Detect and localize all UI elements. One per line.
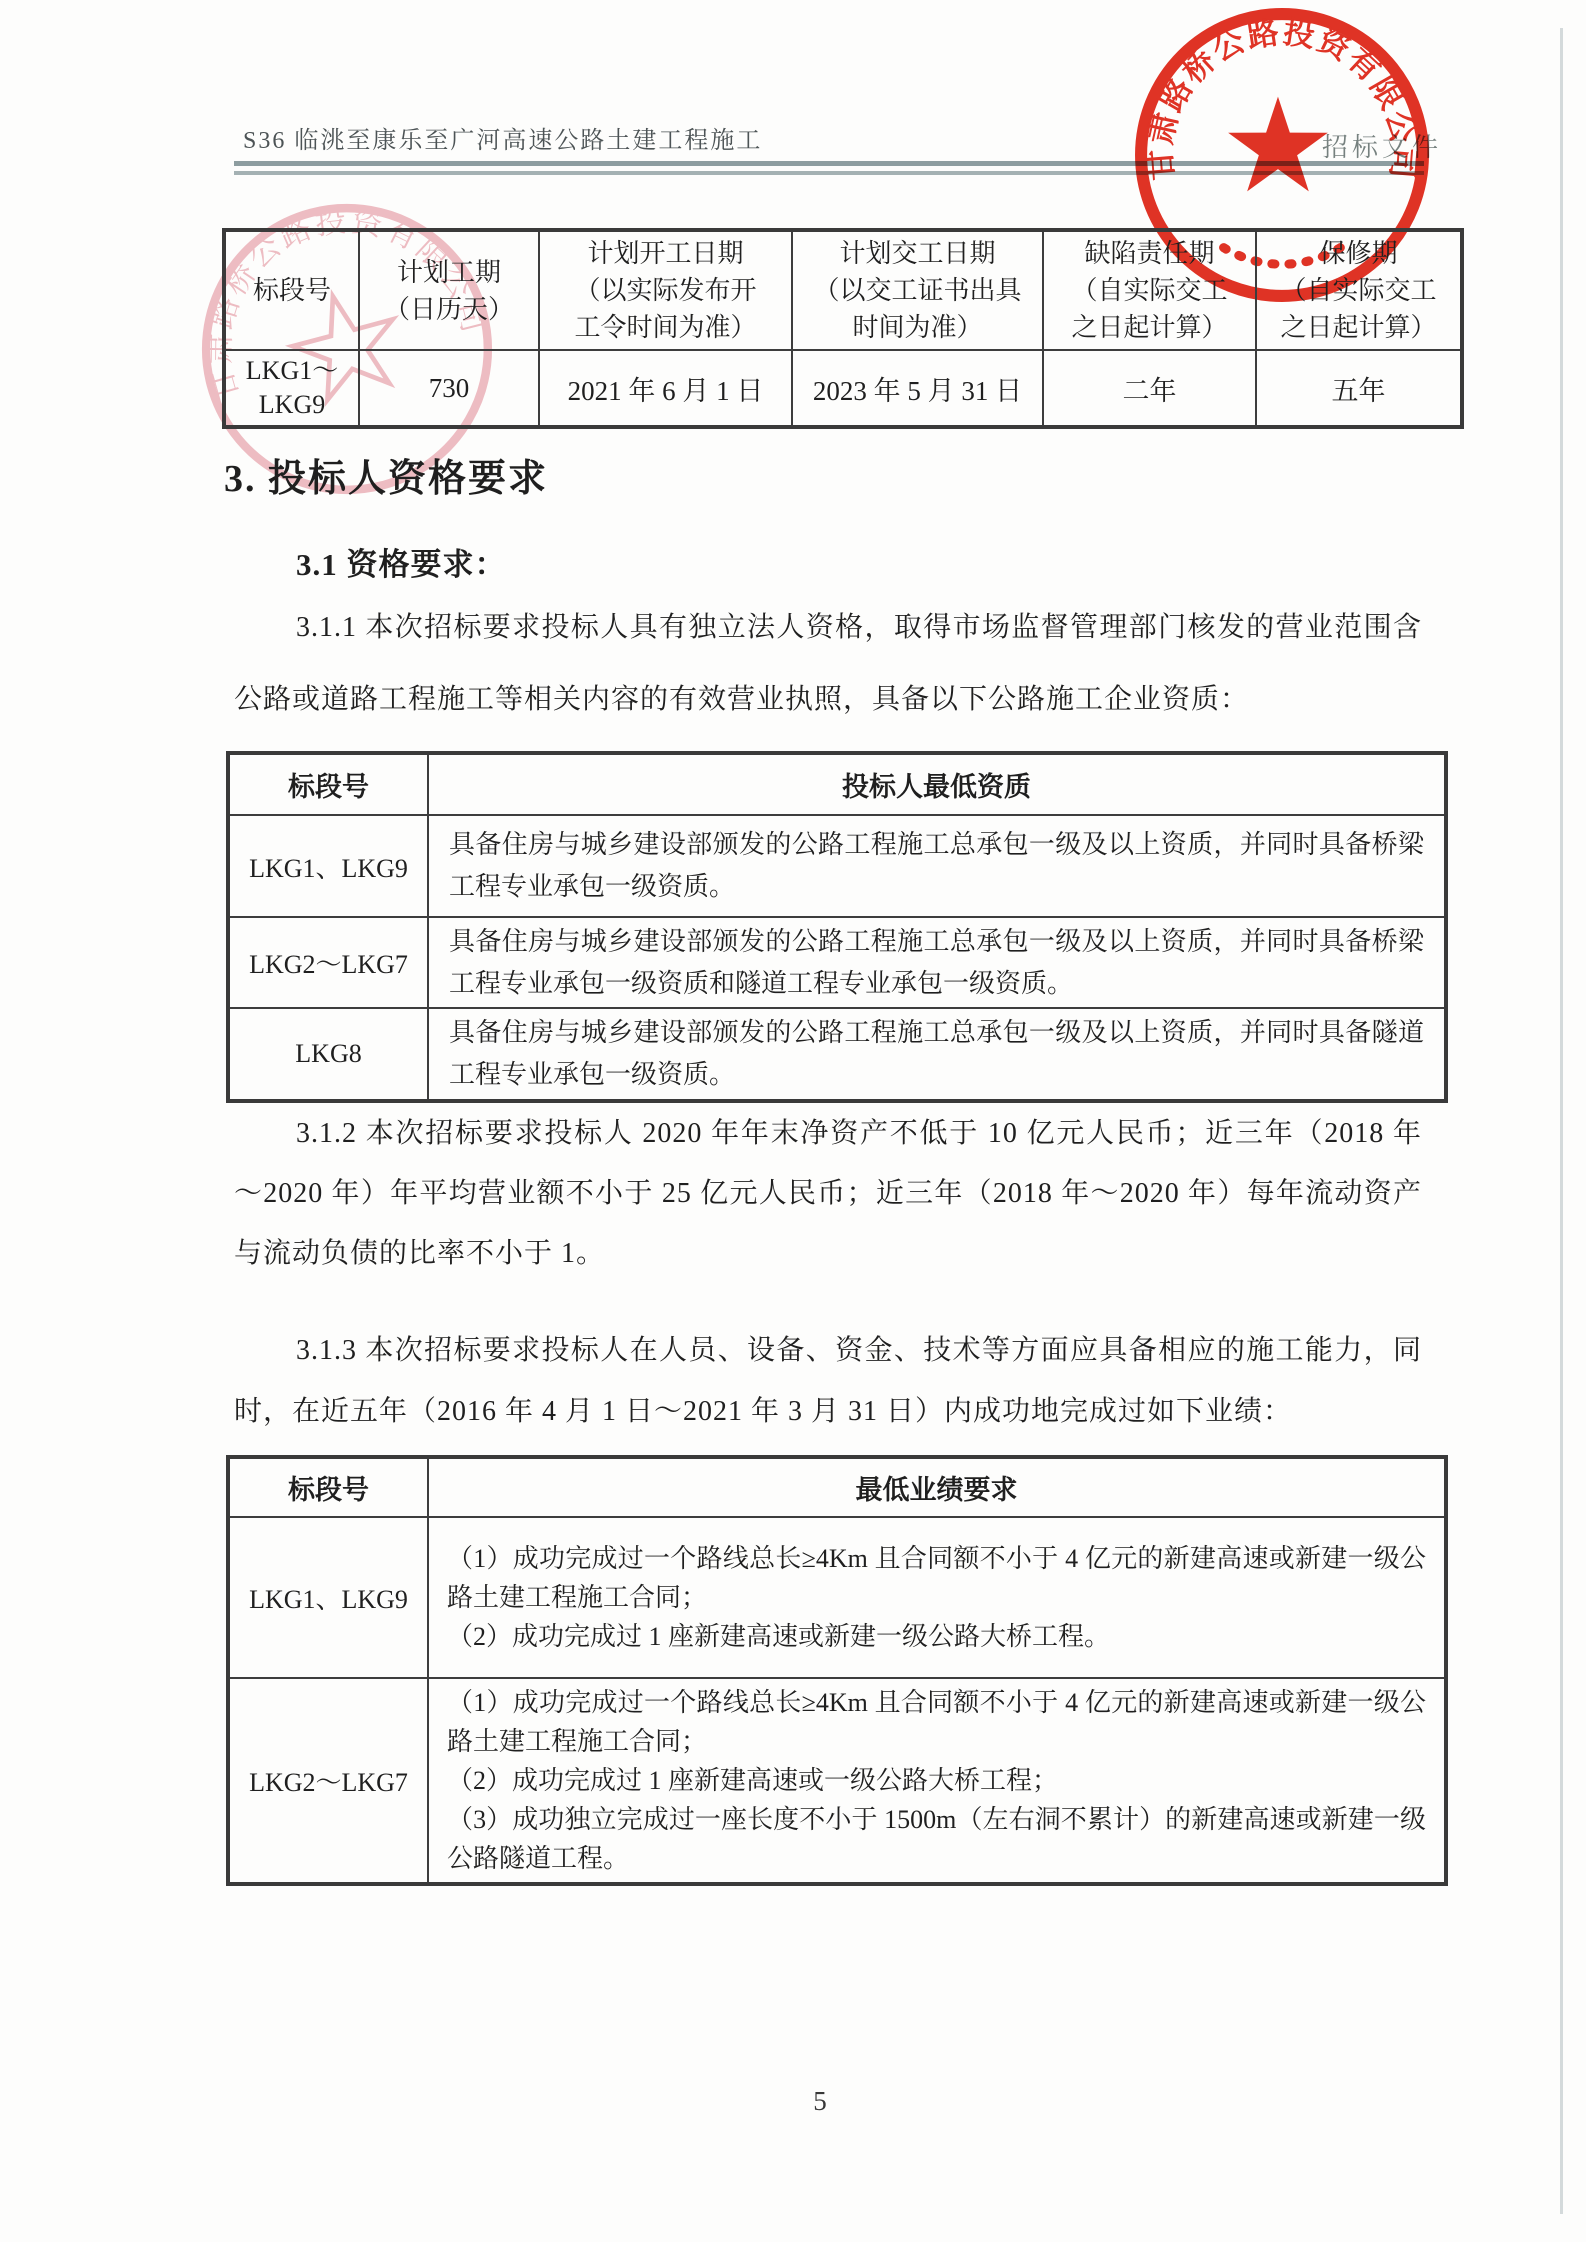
col-header-min-performance: 最低业绩要求 bbox=[428, 1457, 1446, 1517]
cell-requirement: 具备住房与城乡建设部颁发的公路工程施工总承包一级及以上资质，并同时具备桥梁工程专… bbox=[428, 815, 1446, 917]
performance-table: 标段号 最低业绩要求 LKG1、LKG9 （1）成功完成过一个路线总长≥4Km … bbox=[226, 1455, 1448, 1886]
col-header-section: 标段号 bbox=[228, 1457, 428, 1517]
cell-section: LKG8 bbox=[228, 1008, 428, 1101]
document-page: S36 临洮至康乐至广河高速公路土建工程施工 招标文件 甘肃路桥公路投资有限公司… bbox=[0, 0, 1586, 2242]
table-row: LKG1、LKG9 （1）成功完成过一个路线总长≥4Km 且合同额不小于 4 亿… bbox=[228, 1517, 1446, 1678]
col-header-section: 标段号 bbox=[228, 753, 428, 815]
col-header-start-date: 计划开工日期 （以实际发布开 工令时间为准） bbox=[539, 230, 792, 350]
col-header-section: 标段号 bbox=[224, 230, 359, 350]
cell-section: LKG2～LKG7 bbox=[228, 1678, 428, 1884]
table-row: LKG1～ LKG9 730 2021 年 6 月 1 日 2023 年 5 月… bbox=[224, 350, 1462, 427]
col-header-defect-period: 缺陷责任期 （自实际交工 之日起计算） bbox=[1043, 230, 1256, 350]
col-header-min-qualification: 投标人最低资质 bbox=[428, 753, 1446, 815]
cell-requirement: 具备住房与城乡建设部颁发的公路工程施工总承包一级及以上资质，并同时具备桥梁工程专… bbox=[428, 917, 1446, 1008]
scan-edge-line bbox=[1560, 28, 1563, 2214]
cell-requirement: （1）成功完成过一个路线总长≥4Km 且合同额不小于 4 亿元的新建高速或新建一… bbox=[428, 1678, 1446, 1884]
cell-section: LKG1～ LKG9 bbox=[224, 350, 359, 427]
page-number: 5 bbox=[788, 2086, 852, 2117]
paragraph-3-1-2: 3.1.2 本次招标要求投标人 2020 年年末净资产不低于 10 亿元人民币；… bbox=[234, 1104, 1422, 1284]
schedule-table: 标段号 计划工期 （日历天） 计划开工日期 （以实际发布开 工令时间为准） 计划… bbox=[222, 228, 1464, 429]
col-header-warranty: 保修期 （自实际交工 之日起计算） bbox=[1256, 230, 1462, 350]
document-header-title: S36 临洮至康乐至广河高速公路土建工程施工 bbox=[243, 120, 762, 155]
performance-header-row: 标段号 最低业绩要求 bbox=[228, 1457, 1446, 1517]
cell-requirement: 具备住房与城乡建设部颁发的公路工程施工总承包一级及以上资质，并同时具备隧道工程专… bbox=[428, 1008, 1446, 1101]
cell-warranty: 五年 bbox=[1256, 350, 1462, 427]
qualification-table: 标段号 投标人最低资质 LKG1、LKG9 具备住房与城乡建设部颁发的公路工程施… bbox=[226, 751, 1448, 1103]
section-heading: 3. 投标人资格要求 bbox=[224, 447, 548, 502]
cell-section: LKG1、LKG9 bbox=[228, 1517, 428, 1678]
table-row: LKG8 具备住房与城乡建设部颁发的公路工程施工总承包一级及以上资质，并同时具备… bbox=[228, 1008, 1446, 1101]
table-row: LKG1、LKG9 具备住房与城乡建设部颁发的公路工程施工总承包一级及以上资质，… bbox=[228, 815, 1446, 917]
col-header-completion-date: 计划交工日期 （以交工证书出具 时间为准） bbox=[792, 230, 1043, 350]
paragraph-3-1-1: 3.1.1 本次招标要求投标人具有独立法人资格，取得市场监督管理部门核发的营业范… bbox=[234, 592, 1422, 736]
cell-section: LKG1、LKG9 bbox=[228, 815, 428, 917]
table-row: LKG2～LKG7 具备住房与城乡建设部颁发的公路工程施工总承包一级及以上资质，… bbox=[228, 917, 1446, 1008]
paragraph-3-1-3: 3.1.3 本次招标要求投标人在人员、设备、资金、技术等方面应具备相应的施工能力… bbox=[234, 1320, 1422, 1442]
cell-completion-date: 2023 年 5 月 31 日 bbox=[792, 350, 1043, 427]
table-row: LKG2～LKG7 （1）成功完成过一个路线总长≥4Km 且合同额不小于 4 亿… bbox=[228, 1678, 1446, 1884]
col-header-duration: 计划工期 （日历天） bbox=[359, 230, 539, 350]
cell-section: LKG2～LKG7 bbox=[228, 917, 428, 1008]
schedule-header-row: 标段号 计划工期 （日历天） 计划开工日期 （以实际发布开 工令时间为准） 计划… bbox=[224, 230, 1462, 350]
cell-defect-period: 二年 bbox=[1043, 350, 1256, 427]
subsection-heading: 3.1 资格要求： bbox=[296, 539, 507, 584]
cell-duration: 730 bbox=[359, 350, 539, 427]
qualification-header-row: 标段号 投标人最低资质 bbox=[228, 753, 1446, 815]
cell-start-date: 2021 年 6 月 1 日 bbox=[539, 350, 792, 427]
cell-requirement: （1）成功完成过一个路线总长≥4Km 且合同额不小于 4 亿元的新建高速或新建一… bbox=[428, 1517, 1446, 1678]
star-icon bbox=[1228, 97, 1328, 192]
